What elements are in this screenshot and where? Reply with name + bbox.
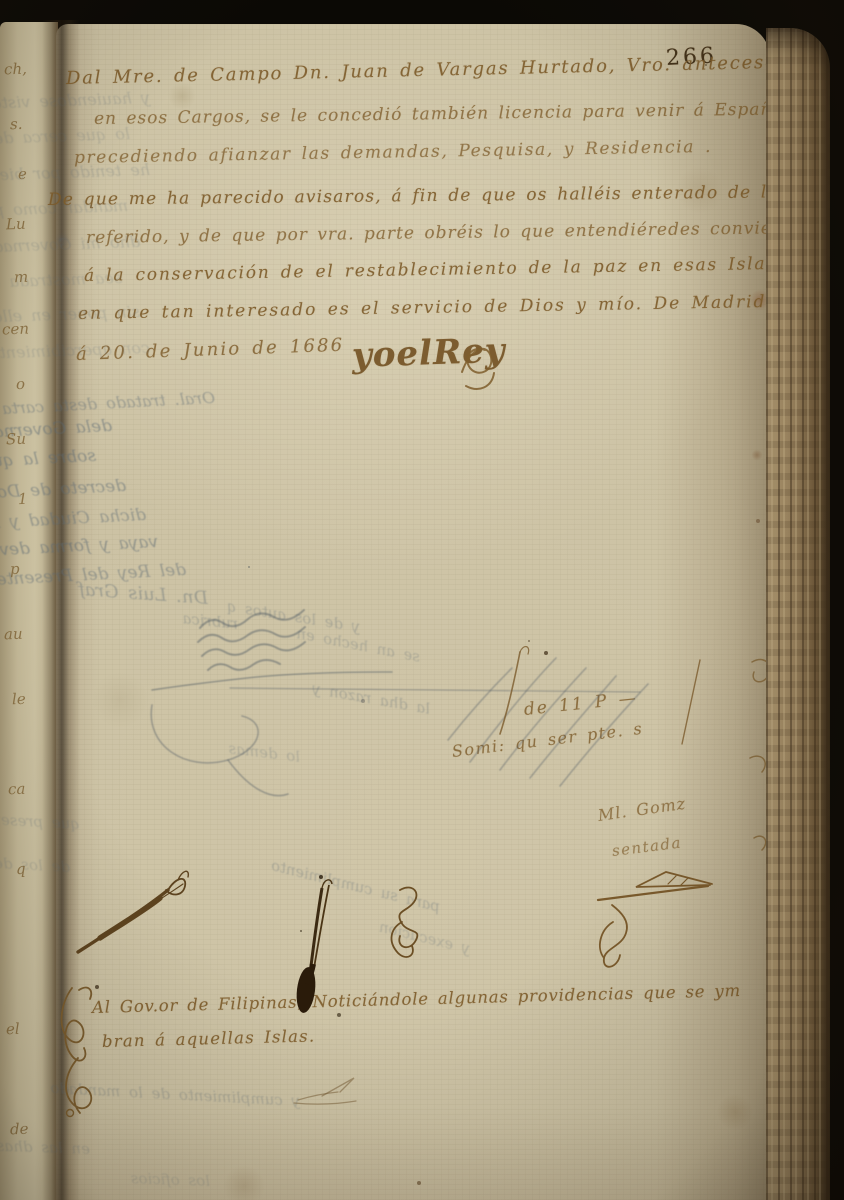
margin-text-fragment: de	[10, 1120, 29, 1139]
margin-text-fragment: cen	[2, 320, 30, 339]
margin-text-fragment: au	[4, 625, 23, 644]
bleedthrough-line: los oficios	[130, 1169, 210, 1190]
margin-text-fragment: 1	[18, 490, 28, 508]
margin-text-fragment: e	[18, 165, 28, 183]
margin-text-fragment: s.	[10, 115, 23, 133]
margin-text-fragment: p	[10, 560, 20, 578]
royal-signature: yoelRey	[351, 331, 506, 376]
margin-text-fragment: el	[6, 1020, 20, 1038]
margin-text-fragment: o	[16, 375, 26, 393]
manuscript-photo: 266 Dal Mre. de Campo Dn. Juan de Vargas…	[0, 0, 844, 1200]
margin-text-fragment: ch,	[4, 60, 27, 79]
margin-text-fragment: ca	[8, 780, 26, 799]
margin-text-fragment: m	[14, 268, 29, 286]
ink-specks	[0, 0, 2, 2]
margin-text-fragment: q	[16, 860, 26, 878]
margin-text-fragment: Su	[6, 430, 27, 449]
margin-text-fragment: le	[12, 690, 26, 708]
margin-text-fragment: Lu	[6, 215, 26, 234]
book-fore-edge	[766, 28, 830, 1200]
